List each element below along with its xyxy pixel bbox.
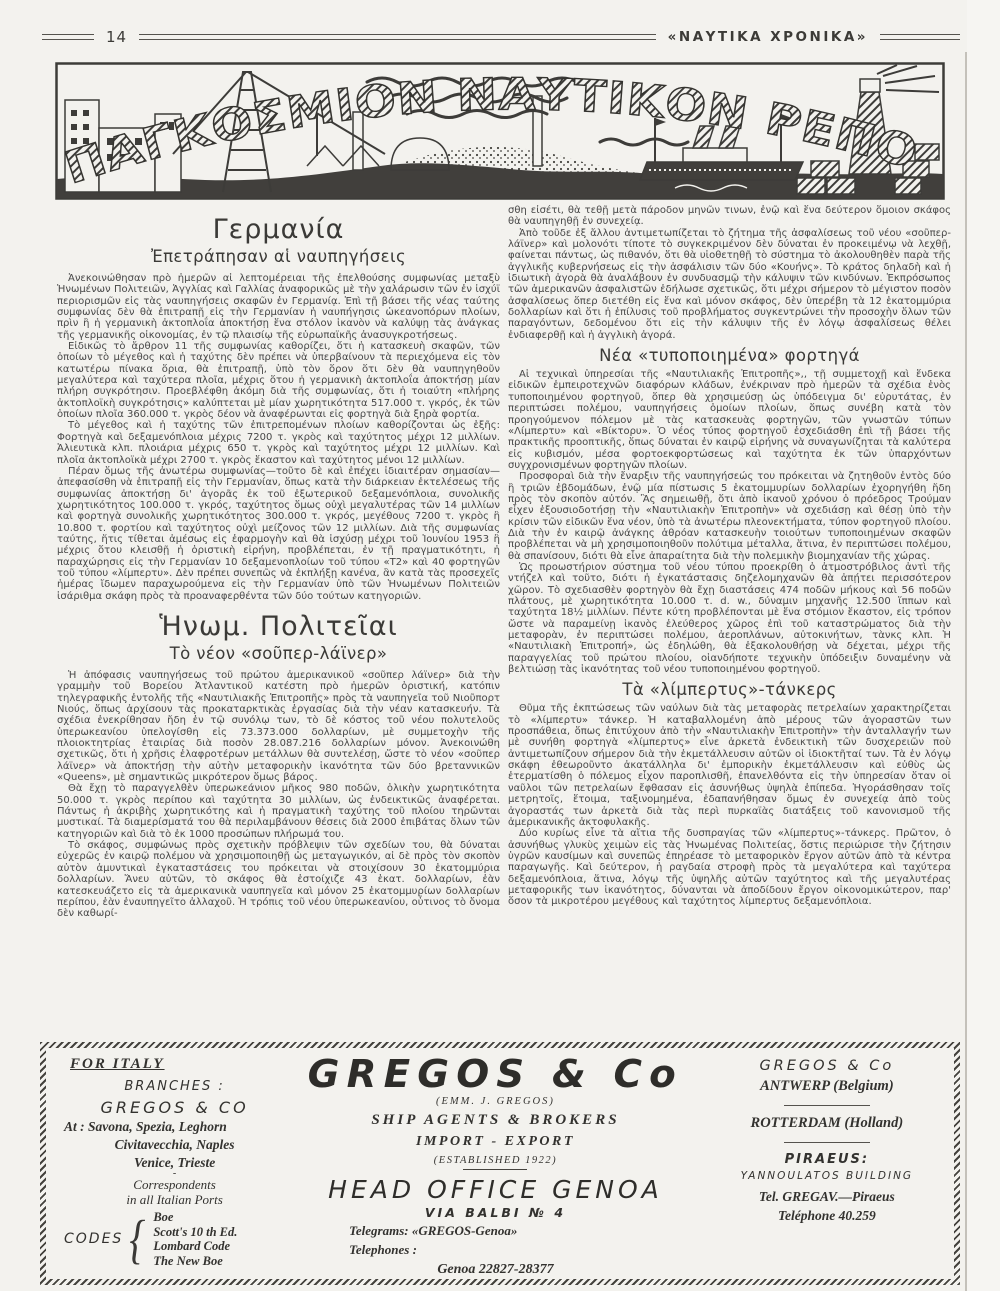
ad-ship-agents-line: SHIP AGENTS & BROKERS [291, 1112, 700, 1129]
article-paragraph: Αἱ τεχνικαὶ ὑπηρεσίαι τῆς «Ναυτιλιακῆς Ἐ… [508, 369, 951, 471]
magazine-title: «ΝΑΥΤΙΚΑ ΧΡΟΝΙΚΑ» [668, 29, 868, 45]
ad-codes-row: CODES { BoeScott's 10 th Ed.Lombard Code… [62, 1210, 287, 1268]
liberty-tankers-paragraphs: Θῦμα τῆς ἐκπτώσεως τῶν ναύλων διὰ τὰς με… [508, 703, 951, 907]
ad-codes-brace: { [129, 1207, 145, 1270]
banner: ΠΑΓΚΟΣΜΙΟΝ ΝΑΥΤΙΚΟΝ ΡΕΠΟΡΤΑΖ [55, 62, 945, 200]
ad-head-office: HEAD OFFICE GENOA [291, 1175, 700, 1204]
ad-code-item: Lombard Code [153, 1239, 237, 1254]
ad-branch-company: GREGOS & CO [62, 1098, 287, 1117]
ad-telephones-label: Telephones : [291, 1242, 700, 1258]
ad-established-underline [463, 1169, 527, 1170]
article-paragraph: Ἡ ἀπόφασις ναυπηγήσεως τοῦ πρώτου ἀμερικ… [57, 670, 500, 783]
header-rule-left [42, 34, 94, 40]
ad-code-item: The New Boe [153, 1254, 237, 1269]
article-paragraph: σθη εἰσέτι, θὰ τεθῇ μετὰ πάροδον μηνῶν τ… [508, 205, 951, 228]
ad-right-company: GREGOS & Co [700, 1058, 954, 1074]
usa-paragraphs: Ἡ ἀπόφασις ναυπηγήσεως τοῦ πρώτου ἀμερικ… [57, 670, 500, 920]
article-paragraph: Θῦμα τῆς ἐκπτώσεως τῶν ναύλων διὰ τὰς με… [508, 703, 951, 828]
ad-codes-label: CODES [64, 1231, 123, 1247]
ad-branches-label: BRANCHES : [62, 1079, 287, 1094]
ad-rotterdam: ROTTERDAM (Holland) [700, 1115, 954, 1132]
ad-import-export-line: IMPORT - EXPORT [291, 1134, 700, 1150]
ad-correspondents-line2: in all Italian Ports [62, 1192, 287, 1207]
ad-cities-line1: At : Savona, Spezia, Leghorn [64, 1119, 287, 1135]
header-rule-right [880, 34, 960, 40]
article-paragraph: Ὡς προωστήριον σύστημα τοῦ νέου τύπου πρ… [508, 562, 951, 675]
ad-phone-number: Genoa 22827-28377 [291, 1262, 700, 1278]
ad-established-line: (ESTABLISHED 1922) [291, 1155, 700, 1166]
ad-code-item: Scott's 10 th Ed. [153, 1225, 237, 1240]
continuation-paragraphs: σθη εἰσέτι, θὰ τεθῇ μετὰ πάροδον μηνῶν τ… [508, 205, 951, 341]
ad-piraeus-telegram: Tel. GREGAV.—Piraeus [700, 1189, 954, 1205]
ad-antwerp: ANTWERP (Belgium) [700, 1078, 954, 1095]
article-title-usa: Ἡνωμ. Πολιτεῖαι [57, 611, 500, 642]
article-paragraph: Πέραν ὅμως τῆς ἀνωτέρω συμφωνίας—τοῦτο δ… [57, 466, 500, 602]
article-paragraph: Εἰδικῶς τὸ ἄρθρον 11 τῆς συμφωνίας καθορ… [57, 341, 500, 420]
ad-piraeus-building: YANNOULATOS BUILDING [700, 1170, 954, 1182]
magazine-page: 14 «ΝΑΥΤΙΚΑ ΧΡΟΝΙΚΑ» [0, 0, 1000, 1291]
ad-company-subname: (EMM. J. GREGOS) [291, 1096, 700, 1107]
ad-codes-list: BoeScott's 10 th Ed.Lombard CodeThe New … [153, 1210, 237, 1268]
germany-paragraphs: Ἀνεκοινώθησαν πρὸ ἡμερῶν αἱ λεπτομέρειαι… [57, 273, 500, 602]
ad-piraeus-phone: Teléphone 40.259 [700, 1208, 954, 1224]
article-subtitle-germany: Ἐπετράπησαν αἱ ναυπηγήσεις [57, 247, 500, 266]
ad-telegrams: Telegrams: «GREGOS-Genoa» [291, 1223, 700, 1239]
ad-left-column: FOR ITALY BRANCHES : GREGOS & CO At : Sa… [46, 1048, 291, 1279]
standard-cargo-paragraphs: Αἱ τεχνικαὶ ὑπηρεσίαι τῆς «Ναυτιλιακῆς Ἐ… [508, 369, 951, 675]
page-number: 14 [106, 28, 127, 46]
article-paragraph: Θὰ ἔχῃ τὸ παραγγελθὲν ὑπερωκεάνιον μῆκος… [57, 783, 500, 840]
light-rays [877, 65, 939, 92]
ad-for-italy: FOR ITALY [70, 1056, 287, 1073]
left-column: Γερμανία Ἐπετράπησαν αἱ ναυπηγήσεις Ἀνεκ… [57, 205, 500, 1040]
article-columns: Γερμανία Ἐπετράπησαν αἱ ναυπηγήσεις Ἀνεκ… [57, 205, 951, 1040]
article-paragraph: Τὸ σκάφος, συμφώνως πρὸς σχετικὴν πρόβλε… [57, 840, 500, 919]
right-column: σθη εἰσέτι, θὰ τεθῇ μετὰ πάροδον μηνῶν τ… [508, 205, 951, 1040]
section-title-liberty-tankers: Τὰ «λίμπερτυς»-τάνκερς [508, 680, 951, 699]
ad-code-item: Boe [153, 1210, 237, 1225]
ad-rule-2 [784, 1142, 870, 1143]
ad-rule-1 [784, 1105, 870, 1106]
ad-company-name: GREGOS & Co [287, 1052, 704, 1096]
article-paragraph: Δύο κυρίως εἶνε τὰ αἴτια τῆς δυσπραγίας … [508, 828, 951, 907]
gregos-advertisement: FOR ITALY BRANCHES : GREGOS & CO At : Sa… [40, 1042, 960, 1285]
article-paragraph: Προσφοραὶ διὰ τὴν ἔναρξιν τῆς ναυπηγήσεώ… [508, 471, 951, 562]
ad-address: VIA BALBI № 4 [291, 1205, 700, 1220]
ad-right-column: GREGOS & Co ANTWERP (Belgium) ROTTERDAM … [700, 1048, 954, 1279]
article-paragraph: Ἀνεκοινώθησαν πρὸ ἡμερῶν αἱ λεπτομέρειαι… [57, 273, 500, 341]
ad-piraeus-label: PIRAEUS: [700, 1152, 954, 1167]
article-paragraph: Τὸ μέγεθος καὶ ἡ ταχύτης τῶν ἐπιτρεπομέν… [57, 420, 500, 465]
scan-page-edge [965, 52, 967, 1291]
ad-center-column: GREGOS & Co (EMM. J. GREGOS) SHIP AGENTS… [291, 1048, 700, 1279]
header-rule-middle [139, 34, 656, 40]
article-paragraph: Ἀπὸ τοῦδε ἐξ ἄλλου ἀντιμετωπίζεται τὸ ζή… [508, 228, 951, 341]
section-title-standard-cargo: Νέα «τυποποιημένα» φορτηγά [508, 346, 951, 365]
page-header: 14 «ΝΑΥΤΙΚΑ ΧΡΟΝΙΚΑ» [42, 30, 960, 44]
banner-illustration: ΠΑΓΚΟΣΜΙΟΝ ΝΑΥΤΙΚΟΝ ΡΕΠΟΡΤΑΖ [55, 62, 945, 200]
scan-margin [967, 0, 1000, 1291]
ad-correspondents-line1: Correspondents [62, 1177, 287, 1192]
article-subtitle-usa: Τὸ νέον «σοῦπερ-λάϊνερ» [57, 644, 500, 663]
ad-cities-line2: Civitavecchia, Naples [62, 1137, 287, 1153]
article-title-germany: Γερμανία [57, 214, 500, 245]
